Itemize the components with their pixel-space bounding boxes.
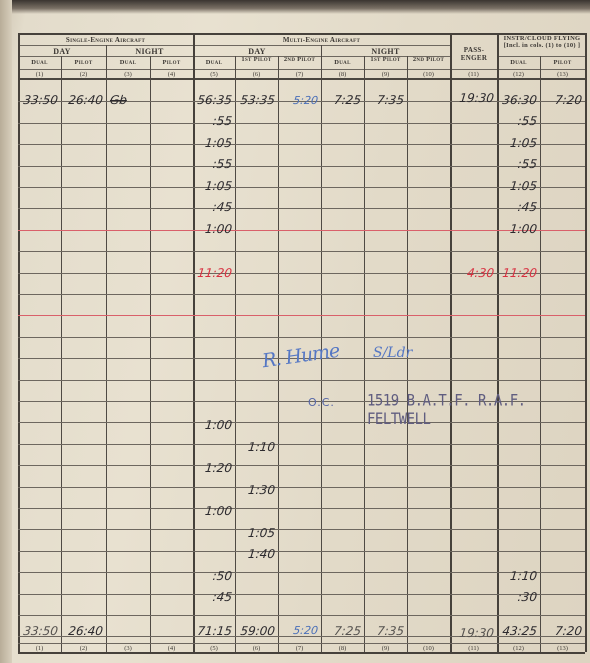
header-se-night: NIGHT [106, 48, 193, 56]
sub-header-6: 1st Pilot [235, 57, 278, 63]
total-c13: 7:20 [542, 624, 582, 638]
header-line-4 [18, 78, 585, 80]
header-single-engine: Single-Engine Aircraft [18, 36, 193, 44]
total-c1: 33:50 [20, 624, 58, 638]
row-line [18, 551, 585, 552]
entry-c13: 7:20 [542, 93, 582, 107]
header-passenger: PASS-ENGER [452, 46, 496, 62]
entry-c5: :55 [195, 157, 232, 171]
entry-c1: 33:50 [20, 93, 58, 107]
row-line [18, 251, 585, 252]
header-line-3 [18, 69, 585, 70]
column-number: (9) [364, 71, 407, 78]
oc-label: O.C. [308, 396, 335, 409]
entry-c5: 1:00 [195, 222, 232, 236]
entry-c12: :55 [499, 157, 537, 171]
total-c12: 43:25 [499, 624, 537, 638]
entry-c5: :45 [195, 200, 232, 214]
column-divider [235, 56, 236, 652]
entry-c5: :45 [195, 590, 232, 604]
column-number-footer: (9) [364, 645, 407, 652]
frame-bottom [18, 652, 585, 654]
header-me-night: NIGHT [321, 48, 450, 56]
column-number-footer: (5) [193, 645, 235, 652]
header-se-day: DAY [18, 48, 106, 56]
row-line [18, 529, 585, 530]
entry-c5: 1:05 [195, 136, 232, 150]
signature-rank: S/Ldr [373, 345, 412, 361]
header-line-1 [18, 45, 450, 46]
signature: R. Hume [261, 340, 341, 373]
column-divider [150, 56, 151, 652]
entry-c6: 53:35 [237, 93, 275, 107]
entry-c9: 7:35 [366, 93, 404, 107]
column-divider [540, 56, 541, 652]
column-number: (6) [235, 71, 278, 78]
book-spine [0, 0, 12, 663]
entry-c6: 1:40 [237, 547, 275, 561]
column-number: (7) [278, 71, 321, 78]
entry-c5: 1:20 [195, 461, 232, 475]
column-number: (13) [540, 71, 585, 78]
column-number: (4) [150, 71, 193, 78]
entry-c5: :50 [195, 569, 232, 583]
column-number-footer: (7) [278, 645, 321, 652]
total-c2: 26:40 [63, 624, 103, 638]
column-number-footer: (11) [450, 645, 497, 652]
column-number: (3) [106, 71, 150, 78]
header-line-2b [497, 56, 585, 57]
row-line [18, 337, 585, 338]
sub-header-1: Dual [18, 60, 61, 66]
column-divider [61, 56, 62, 652]
entry-c6: 1:30 [237, 483, 275, 497]
column-number-footer: (12) [497, 645, 540, 652]
column-number-footer: (13) [540, 645, 585, 652]
sub-header-5: Dual [193, 60, 235, 66]
entry-c11: 19:30 [452, 91, 494, 105]
subtotal-c5: 11:20 [195, 266, 232, 280]
entry-c12: 36:30 [499, 93, 537, 107]
totals-line [18, 643, 585, 644]
row-line [18, 615, 585, 616]
entry-c2: 26:40 [63, 93, 103, 107]
entry-c12: :45 [499, 200, 537, 214]
entry-c5: 1:00 [195, 504, 232, 518]
entry-c5: :55 [195, 114, 232, 128]
unit-stamp: 1519 B.A.T.F. R.A.F. FELTWELL [367, 392, 590, 429]
total-c7: 5:20 [280, 624, 318, 637]
column-number: (8) [321, 71, 364, 78]
column-number: (5) [193, 71, 235, 78]
column-number-footer: (3) [106, 645, 150, 652]
header-multi-engine: Multi-Engine Aircraft [193, 36, 450, 44]
sub-header-10: 2nd Pilot [407, 57, 450, 63]
column-number: (11) [450, 71, 497, 78]
entry-c12: 1:00 [499, 222, 537, 236]
column-number-footer: (6) [235, 645, 278, 652]
sub-header-4: Pilot [150, 60, 193, 66]
row-line [18, 465, 585, 466]
sub-header-9: 1st Pilot [364, 57, 407, 63]
column-number-footer: (4) [150, 645, 193, 652]
struck-entry-c3: Gb [109, 93, 127, 107]
entry-c12: 1:05 [499, 136, 537, 150]
column-number-footer: (1) [18, 645, 61, 652]
entry-c6: 1:10 [237, 440, 275, 454]
sub-header-13: Pilot [540, 60, 585, 66]
subtotal-c11: 4:30 [452, 266, 494, 280]
row-line [18, 508, 585, 509]
sub-header-8: Dual [321, 60, 364, 66]
entry-c5: 56:35 [195, 93, 232, 107]
row-line [18, 294, 585, 295]
entry-c8: 7:25 [323, 93, 361, 107]
entry-c5: 1:05 [195, 179, 232, 193]
entry-c12: 1:10 [499, 569, 537, 583]
column-divider [18, 33, 20, 652]
entry-c5: 1:00 [195, 418, 232, 432]
column-divider [106, 45, 107, 652]
column-divider [585, 33, 587, 652]
entry-c12: :55 [499, 114, 537, 128]
column-number-footer: (8) [321, 645, 364, 652]
column-divider [450, 33, 452, 652]
total-c5: 71:15 [195, 624, 232, 638]
subtotal-c12: 11:20 [499, 266, 537, 280]
column-number: (1) [18, 71, 61, 78]
sub-header-3: Dual [106, 60, 150, 66]
row-line [18, 487, 585, 488]
column-number-footer: (10) [407, 645, 450, 652]
row-line [18, 444, 585, 445]
entry-c12: 1:05 [499, 179, 537, 193]
entry-c7: 5:20 [280, 94, 318, 107]
column-divider [364, 56, 365, 652]
sub-header-12: Dual [497, 60, 540, 66]
header-me-day: DAY [193, 48, 321, 56]
red-rule [18, 315, 585, 316]
row-line [18, 380, 585, 381]
page-top-shadow [0, 0, 590, 14]
total-c9: 7:35 [366, 624, 404, 638]
column-number: (2) [61, 71, 106, 78]
entry-c12: :30 [499, 590, 537, 604]
entry-c6: 1:05 [237, 526, 275, 540]
column-number: (10) [407, 71, 450, 78]
header-instr-cloud: INSTR/CLOUD FLYING [Incl. in cols. (1) t… [499, 35, 585, 49]
total-c6: 59:00 [237, 624, 275, 638]
sub-header-2: Pilot [61, 60, 106, 66]
column-number: (12) [497, 71, 540, 78]
column-number-footer: (2) [61, 645, 106, 652]
total-c8: 7:25 [323, 624, 361, 638]
logbook-page: Single-Engine Aircraft Multi-Engine Airc… [0, 0, 590, 663]
total-c11: 19:30 [452, 626, 494, 640]
sub-header-7: 2nd Pilot [278, 57, 321, 63]
